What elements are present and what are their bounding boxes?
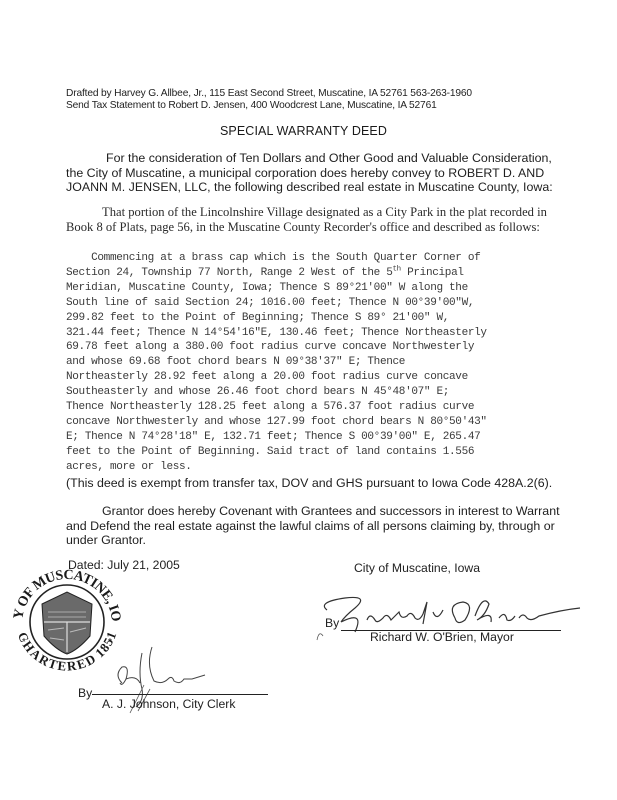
covenant-line: under Grantor. — [66, 533, 596, 548]
legal-line: 299.82 feet to the Point of Beginning; T… — [66, 311, 487, 326]
legal-line: Meridian, Muscatine County, Iowa; Thence… — [66, 281, 487, 296]
portion-line: That portion of the Lincolnshire Village… — [66, 205, 596, 220]
clerk-signature-block: By A. J. Johnson, City Clerk — [60, 645, 280, 715]
covenant-line: Grantor does hereby Covenant with Grante… — [66, 504, 596, 519]
legal-line: 321.44 feet; Thence N 14°54'16"E, 130.46… — [66, 326, 487, 341]
dated-line: Dated: July 21, 2005 — [68, 558, 180, 572]
covenant-line: and Defend the real estate against the l… — [66, 519, 596, 534]
superscript-th: th — [393, 265, 401, 273]
drafted-by-line: Drafted by Harvey G. Allbee, Jr., 115 Ea… — [66, 88, 472, 99]
legal-line: South line of said Section 24; 1016.00 f… — [66, 296, 487, 311]
legal-line: acres, more or less. — [66, 460, 487, 475]
legal-line: Section 24, Township 77 North, Range 2 W… — [66, 266, 487, 281]
consideration-paragraph: For the consideration of Ten Dollars and… — [66, 151, 586, 195]
exemption-statement: (This deed is exempt from transfer tax, … — [66, 476, 552, 491]
legal-line: feet to the Point of Beginning. Said tra… — [66, 445, 487, 460]
legal-line: Thence Northeasterly 128.25 feet along a… — [66, 400, 487, 415]
portion-paragraph: That portion of the Lincolnshire Village… — [66, 205, 596, 235]
consideration-line: For the consideration of Ten Dollars and… — [66, 151, 586, 166]
clerk-by-label: By — [78, 686, 92, 700]
svg-text:*: * — [22, 637, 26, 648]
tax-statement-line: Send Tax Statement to Robert D. Jensen, … — [66, 100, 437, 111]
clerk-signature-line — [92, 694, 268, 695]
deed-title: SPECIAL WARRANTY DEED — [220, 124, 387, 138]
legal-line: concave Northwesterly and whose 127.99 f… — [66, 415, 487, 430]
grantor-name: City of Muscatine, Iowa — [354, 561, 480, 575]
legal-line: Northeasterly 28.92 feet along a 20.00 f… — [66, 370, 487, 385]
legal-line: and whose 69.68 foot chord bears N 09°38… — [66, 355, 487, 370]
mayor-signature-block: By Richard W. O'Brien, Mayor — [315, 590, 605, 650]
portion-line: Book 8 of Plats, page 56, in the Muscati… — [66, 220, 596, 235]
legal-line: 69.78 feet along a 380.00 foot radius cu… — [66, 340, 487, 355]
consideration-line: the City of Muscatine, a municipal corpo… — [66, 166, 586, 181]
legal-line: Commencing at a brass cap which is the S… — [66, 251, 487, 266]
mayor-by-label: By — [325, 616, 339, 630]
clerk-name-title: A. J. Johnson, City Clerk — [102, 697, 235, 711]
mayor-name-title: Richard W. O'Brien, Mayor — [370, 630, 514, 644]
legal-description: Commencing at a brass cap which is the S… — [66, 251, 487, 475]
legal-line: E; Thence N 74°28'18" E, 132.71 feet; Th… — [66, 430, 487, 445]
covenant-paragraph: Grantor does hereby Covenant with Grante… — [66, 504, 596, 548]
legal-line: Southeasterly and whose 26.46 foot chord… — [66, 385, 487, 400]
consideration-line: JOANN M. JENSEN, LLC, the following desc… — [66, 180, 586, 195]
